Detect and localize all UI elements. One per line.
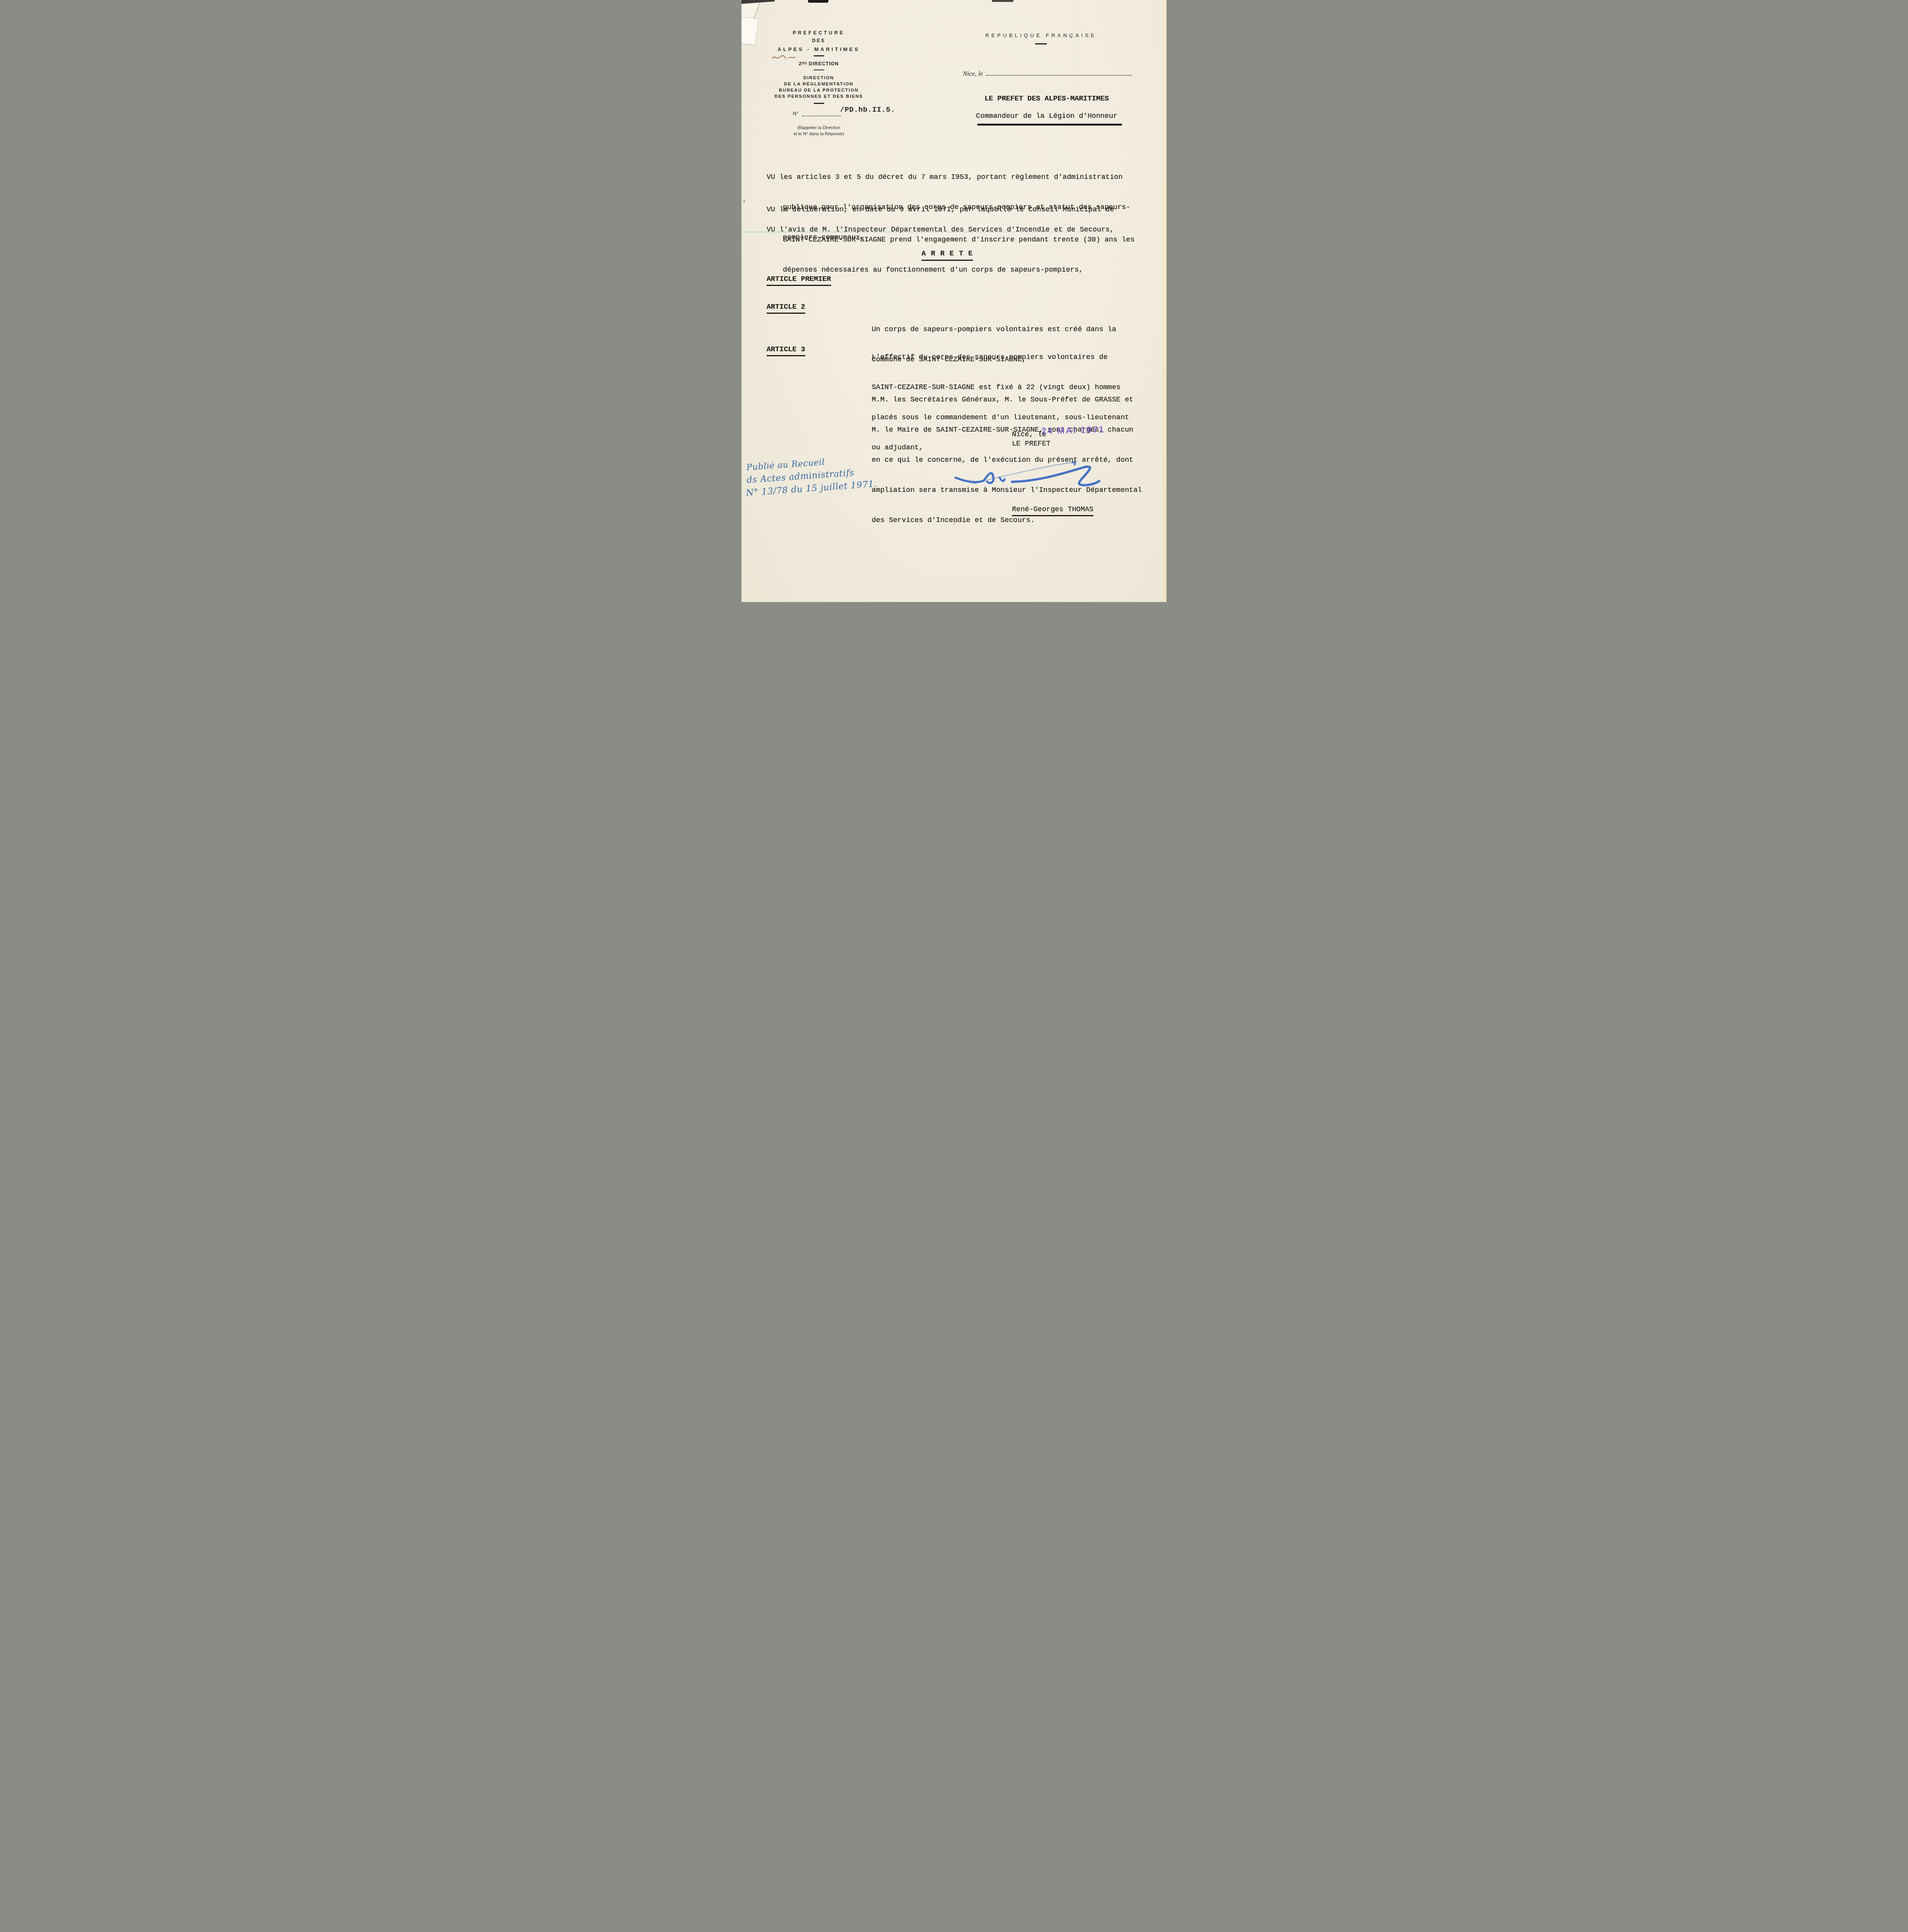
separator-dash xyxy=(814,70,824,71)
signatory-name: René-Georges THOMAS xyxy=(1012,505,1093,516)
direction-word: DIRECTION xyxy=(807,61,839,66)
dateline-row: Nice, le xyxy=(963,70,1132,78)
bureau-line: DIRECTION xyxy=(763,75,875,81)
separator-dash xyxy=(1035,43,1047,44)
arrete-heading: A R R E T E xyxy=(922,249,973,261)
tape-strip xyxy=(741,17,758,45)
bureau-line: DE LA RÉGLEMENTATION xyxy=(763,81,875,87)
article-line: M.M. les Secrétaires Généraux, M. le Sou… xyxy=(872,395,1157,405)
heavy-underline xyxy=(977,124,1122,126)
paper-crease xyxy=(1077,0,1077,128)
scan-edge-mark xyxy=(808,0,828,3)
reference-number-row: N° /PD.hb.II.5. xyxy=(763,108,875,119)
recall-line: et le N° dans la Réponse) xyxy=(763,131,875,137)
scanned-document-page: PREFECTURE DES ALPES - MARITIMES 2me DIR… xyxy=(741,0,1167,602)
recall-note: (Rappeler la Direction et le N° dans la … xyxy=(763,125,875,137)
bureau-block: DIRECTION DE LA RÉGLEMENTATION BUREAU DE… xyxy=(763,75,875,100)
numero-label: N° xyxy=(793,111,798,116)
numero-dotted-line xyxy=(802,116,841,116)
article-label: ARTICLE 3 xyxy=(767,345,805,356)
article-3: ARTICLE 3 M.M. les Secrétaires Généraux,… xyxy=(767,345,1157,566)
direction-line: 2me DIRECTION xyxy=(763,61,875,66)
direction-number: 2 xyxy=(799,61,802,66)
recall-line: (Rappeler la Direction xyxy=(763,125,875,131)
direction-ordinal: me xyxy=(802,61,807,64)
ink-speck xyxy=(743,201,745,202)
republic-title: REPUBLIQUE FRANÇAISE xyxy=(950,32,1132,38)
article-line: des Services d'Incendie et de Secours. xyxy=(872,515,1157,526)
vu-paragraph-3: VU l'avis de M. l'Inspecteur Département… xyxy=(767,225,1114,235)
signature-ink xyxy=(950,457,1112,491)
date-stamp: 24 MAI 1971 xyxy=(1041,424,1105,436)
bureau-line: BUREAU DE LA PROTECTION xyxy=(763,87,875,94)
article-label: ARTICLE 2 xyxy=(767,302,805,314)
org-name-line2: DES xyxy=(763,38,875,43)
vu2-line: SAINT-CEZAIRE-SUR-SIAGNE prend l'engagem… xyxy=(783,235,1134,245)
vu2-line: VU la délibération, en date du 9 avril I… xyxy=(767,205,1134,215)
prefet-title: LE PREFET DES ALPES-MARITIMES xyxy=(958,94,1136,104)
org-name-line1: PREFECTURE xyxy=(763,30,875,36)
org-name-line3: ALPES - MARITIMES xyxy=(763,46,875,52)
prefet-signature-label: LE PREFET xyxy=(1012,439,1051,449)
vu2-line: dépenses nécessaires au fonctionnement d… xyxy=(783,265,1134,275)
dateline-label: Nice, le xyxy=(963,70,983,78)
prefet-subtitle: Commandeur de la Légion d'Honneur xyxy=(958,111,1136,121)
dateline-dotted-line xyxy=(986,70,1132,76)
separator-dash xyxy=(814,103,824,104)
separator-dash xyxy=(814,55,824,56)
file-reference: /PD.hb.II.5. xyxy=(840,105,895,114)
vu1-line: VU les articles 3 et 5 du décret du 7 ma… xyxy=(767,172,1130,182)
letterhead-left: PREFECTURE DES ALPES - MARITIMES 2me DIR… xyxy=(763,30,875,137)
bureau-line: DES PERSONNES ET DES BIENS xyxy=(763,94,875,100)
scan-edge-mark xyxy=(992,0,1014,2)
article-label: ARTICLE PREMIER xyxy=(767,274,831,286)
paper-edge-discoloration xyxy=(1163,0,1167,602)
